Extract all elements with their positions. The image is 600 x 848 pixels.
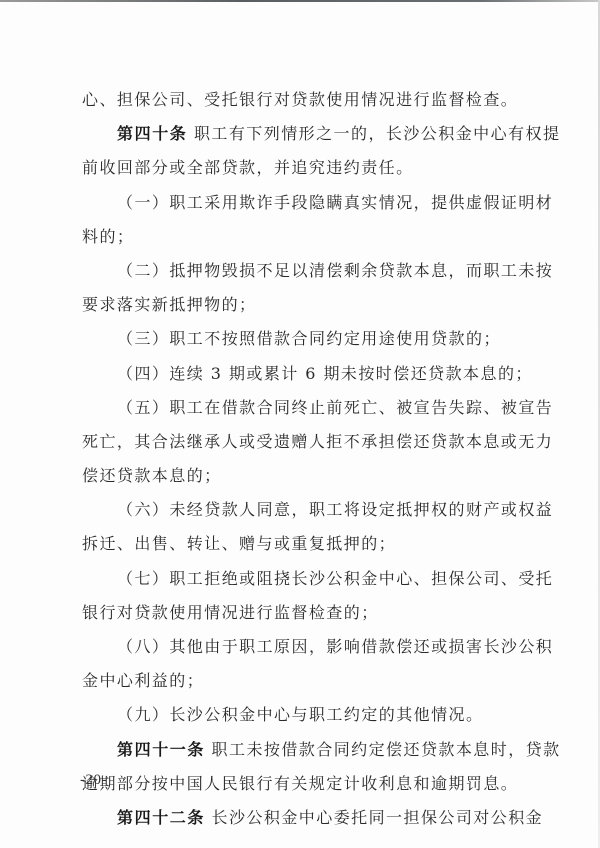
line-text: 拆迁、出售、转让、赠与或重复抵押的； bbox=[82, 534, 396, 553]
clause-item-1: （一）职工采用欺诈手段隐瞒真实情况，提供虚假证明材 bbox=[82, 191, 522, 225]
line-text: （七）职工拒绝或阻挠长沙公积金中心、担保公司、受托 bbox=[117, 569, 553, 588]
page-number: -20- bbox=[80, 772, 107, 789]
line-text: （三）职工不按照借款合同约定用途使用贷款的； bbox=[117, 329, 501, 348]
text-line: 逾期部分按中国人民银行有关规定计收利息和逾期罚息。 bbox=[82, 772, 522, 806]
line-text: （一）职工采用欺诈手段隐瞒真实情况，提供虚假证明材 bbox=[117, 193, 553, 212]
line-text: （四）连续 3 期或累计 6 期未按时偿还贷款本息的； bbox=[117, 364, 533, 383]
line-text: （二）抵押物毁损不足以清偿剩余贷款本息，而职工未按 bbox=[117, 261, 553, 280]
clause-item-9: （九）长沙公积金中心与职工约定的其他情况。 bbox=[82, 703, 522, 737]
article-42-heading-line: 第四十二条 长沙公积金中心委托同一担保公司对公积金 bbox=[82, 806, 522, 840]
document-page: 心、担保公司、受托银行对贷款使用情况进行监督检查。 第四十条 职工有下列情形之一… bbox=[82, 88, 522, 840]
scan-top-edge bbox=[0, 0, 600, 2]
clause-item-8: （八）其他由于职工原因，影响借款偿还或损害长沙公积 bbox=[82, 635, 522, 669]
article-number: 第四十二条 bbox=[117, 808, 205, 827]
line-text: 逾期部分按中国人民银行有关规定计收利息和逾期罚息。 bbox=[82, 774, 518, 793]
text-line: 偿还贷款本息的； bbox=[82, 464, 522, 498]
clause-item-6: （六）未经贷款人同意，职工将设定抵押权的财产或权益 bbox=[82, 498, 522, 532]
text-line: 死亡，其合法继承人或受遗赠人拒不承担偿还贷款本息或无力 bbox=[82, 430, 522, 464]
text-line: 拆迁、出售、转让、赠与或重复抵押的； bbox=[82, 532, 522, 566]
line-text: （五）职工在借款合同终止前死亡、被宣告失踪、被宣告 bbox=[117, 398, 553, 417]
line-text: 金中心利益的； bbox=[82, 671, 204, 690]
text-line: 银行对贷款使用情况进行监督检查的； bbox=[82, 601, 522, 635]
line-text: （六）未经贷款人同意，职工将设定抵押权的财产或权益 bbox=[117, 500, 553, 519]
text-line: 金中心利益的； bbox=[82, 669, 522, 703]
line-text: 死亡，其合法继承人或受遗赠人拒不承担偿还贷款本息或无力 bbox=[82, 432, 553, 451]
line-text: 职工未按借款合同约定偿还贷款本息时，贷款 bbox=[205, 740, 561, 759]
clause-item-5: （五）职工在借款合同终止前死亡、被宣告失踪、被宣告 bbox=[82, 396, 522, 430]
clause-item-3: （三）职工不按照借款合同约定用途使用贷款的； bbox=[82, 327, 522, 361]
line-text: 银行对贷款使用情况进行监督检查的； bbox=[82, 603, 379, 622]
clause-item-4: （四）连续 3 期或累计 6 期未按时偿还贷款本息的； bbox=[82, 362, 522, 396]
line-text: 料的； bbox=[82, 227, 134, 246]
line-text: 职工有下列情形之一的，长沙公积金中心有权提 bbox=[187, 124, 560, 143]
line-text: 长沙公积金中心委托同一担保公司对公积金 bbox=[205, 808, 543, 827]
text-line: 要求落实新抵押物的； bbox=[82, 293, 522, 327]
line-text: 偿还贷款本息的； bbox=[82, 466, 222, 485]
article-number: 第四十一条 bbox=[117, 740, 205, 759]
line-text: 前收回部分或全部贷款，并追究违约责任。 bbox=[82, 158, 414, 177]
clause-item-7: （七）职工拒绝或阻挠长沙公积金中心、担保公司、受托 bbox=[82, 567, 522, 601]
line-text: 心、担保公司、受托银行对贷款使用情况进行监督检查。 bbox=[82, 90, 518, 109]
line-text: 要求落实新抵押物的； bbox=[82, 295, 257, 314]
article-41-heading-line: 第四十一条 职工未按借款合同约定偿还贷款本息时，贷款 bbox=[82, 738, 522, 772]
text-line: 料的； bbox=[82, 225, 522, 259]
text-line: 前收回部分或全部贷款，并追究违约责任。 bbox=[82, 156, 522, 190]
text-line: 心、担保公司、受托银行对贷款使用情况进行监督检查。 bbox=[82, 88, 522, 122]
article-number: 第四十条 bbox=[117, 124, 187, 143]
article-40-heading-line: 第四十条 职工有下列情形之一的，长沙公积金中心有权提 bbox=[82, 122, 522, 156]
line-text: （九）长沙公积金中心与职工约定的其他情况。 bbox=[117, 705, 483, 724]
line-text: （八）其他由于职工原因，影响借款偿还或损害长沙公积 bbox=[117, 637, 553, 656]
clause-item-2: （二）抵押物毁损不足以清偿剩余贷款本息，而职工未按 bbox=[82, 259, 522, 293]
